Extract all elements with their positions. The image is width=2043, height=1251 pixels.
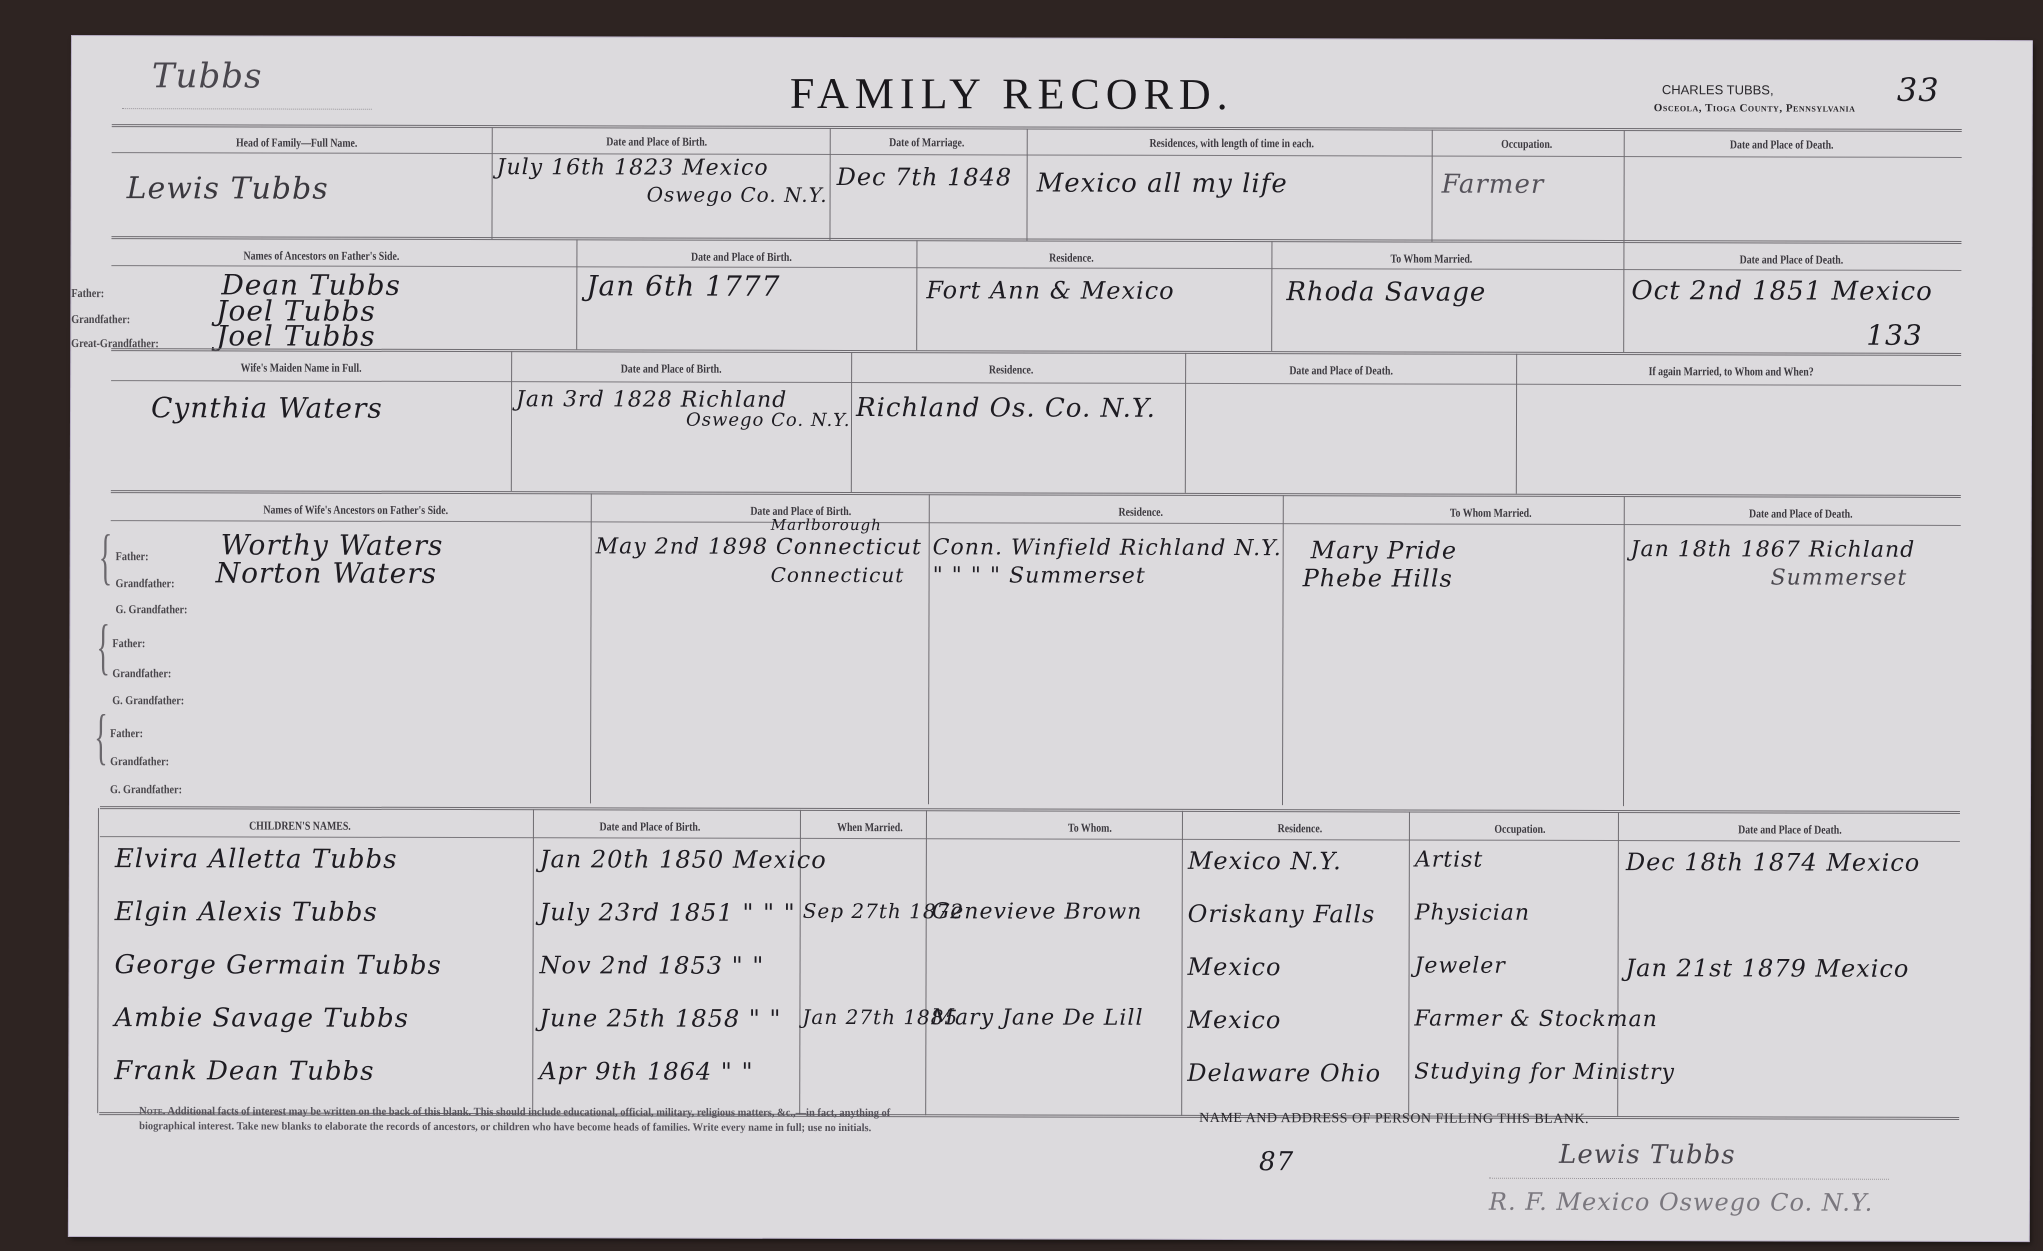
col-header: Date and Place of Birth. [560, 819, 740, 834]
surname-handwritten: Tubbs [152, 56, 263, 96]
col-header: To Whom Married. [1308, 251, 1554, 267]
child-residence: Delaware Ohio [1187, 1059, 1381, 1088]
child-residence: Mexico N.Y. [1188, 847, 1342, 875]
filler-address: R. F. Mexico Oswego Co. N.Y. [1489, 1188, 1873, 1217]
wife-ancestor-residence-line2: " " " " Summerset [933, 563, 1146, 589]
child-birth: Apr 9th 1864 " " [539, 1057, 753, 1086]
label-g-grandfather: G. Grandfather: [112, 693, 184, 708]
label-g-grandfather: G. Grandfather: [110, 782, 182, 797]
col-header: CHILDREN'S NAMES. [185, 818, 415, 834]
col-header: Residence. [1018, 504, 1264, 520]
col-header: Wife's Maiden Name in Full. [178, 360, 424, 376]
rule [111, 490, 1961, 498]
head-name: Lewis Tubbs [127, 171, 329, 207]
table-row: Ambie Savage TubbsJune 25th 1858 " "Jan … [72, 36, 2032, 41]
child-occupation: Physician [1415, 901, 1530, 926]
record-number-top: 33 [1897, 71, 1940, 109]
wife-ancestor-birth-line2: Connecticut [771, 563, 905, 587]
wife-ancestor-death-line2: Summerset [1771, 565, 1908, 590]
wife-name: Cynthia Waters [151, 391, 383, 425]
col-header: Residences, with length of time in each. [1068, 136, 1396, 152]
note-label: Note. [139, 1105, 165, 1117]
label-grandfather: Grandfather: [110, 754, 169, 769]
ancestor-birth: Jan 6th 1777 [586, 269, 780, 303]
wife-ancestor-grandfather-name: Norton Waters [216, 556, 437, 590]
child-name: Ambie Savage Tubbs [114, 1003, 409, 1034]
publisher-name: CHARLES TUBBS, [1662, 82, 1774, 97]
col-divider [928, 494, 930, 804]
col-divider [1431, 130, 1432, 242]
record-number-side: 133 [1866, 319, 1923, 352]
child-name: Elgin Alexis Tubbs [115, 897, 378, 928]
ancestor-married-to: Rhoda Savage [1286, 277, 1486, 308]
col-header: Occupation. [1449, 137, 1605, 152]
footer-note: Note. Additional facts of interest may b… [139, 1104, 947, 1136]
label-grandfather: Grandfather: [71, 312, 130, 327]
ancestor-death: Oct 2nd 1851 Mexico [1631, 276, 1932, 307]
col-divider [1185, 353, 1186, 493]
col-header: Date and Place of Death. [1660, 252, 1922, 268]
col-divider [1282, 495, 1284, 805]
wife-ancestor-residence-line1: Conn. Winfield Richland N.Y. [933, 535, 1282, 561]
label-father: Father: [116, 549, 149, 564]
document-title: FAMILY RECORD. [790, 68, 1234, 120]
col-header: Date and Place of Death. [1651, 137, 1913, 153]
col-header: Date and Place of Death. [1667, 822, 1913, 838]
family-record-sheet: Tubbs FAMILY RECORD. CHARLES TUBBS, Osce… [69, 36, 2032, 1241]
col-header: Residence. [888, 362, 1134, 378]
filler-header: NAME AND ADDRESS OF PERSON FILLING THIS … [1199, 1111, 1589, 1128]
label-father: Father: [110, 726, 143, 741]
child-name: George Germain Tubbs [115, 950, 442, 981]
children-table: Elvira Alletta TubbsJan 20th 1850 Mexico… [72, 36, 2032, 41]
child-birth: Jan 20th 1850 Mexico [540, 845, 827, 874]
rule [111, 380, 1961, 386]
child-residence: Mexico [1188, 953, 1282, 981]
table-row: Frank Dean TubbsApr 9th 1864 " "Delaware… [72, 36, 2032, 41]
brace-icon: { [97, 616, 111, 678]
col-divider [1516, 354, 1517, 494]
table-row: George Germain TubbsNov 2nd 1853 " "Mexi… [72, 36, 2032, 41]
brace-icon: { [94, 706, 108, 768]
head-residence: Mexico all my life [1037, 169, 1288, 200]
signature-line [1489, 1178, 1889, 1180]
col-header: Occupation. [1446, 822, 1594, 837]
note-text: Additional facts of interest may be writ… [139, 1105, 890, 1134]
col-divider [1026, 128, 1027, 240]
col-header: Names of Ancestors on Father's Side. [198, 248, 444, 264]
child-occupation: Jeweler [1415, 954, 1506, 979]
child-spouse: Mary Jane De Lill [931, 1005, 1143, 1031]
label-g-grandfather: G. Grandfather: [115, 602, 187, 617]
col-divider [576, 239, 577, 349]
child-death: Jan 21st 1879 Mexico [1626, 954, 1910, 983]
label-grandfather: Grandfather: [112, 666, 171, 681]
col-header: Head of Family—Full Name. [161, 135, 432, 151]
child-occupation: Farmer & Stockman [1414, 1007, 1657, 1033]
col-divider [97, 808, 99, 1113]
col-divider [916, 240, 917, 350]
child-occupation: Artist [1415, 848, 1483, 873]
col-header: Date of Marriage. [849, 135, 1005, 150]
wife-ancestor-death-line1: Jan 18th 1867 Richland [1631, 537, 1916, 563]
child-residence: Oriskany Falls [1188, 900, 1376, 928]
wife-ancestor-married-line1: Mary Pride [1311, 536, 1457, 564]
col-divider [511, 351, 512, 491]
col-divider [1623, 242, 1624, 352]
publisher-address: Osceola, Tioga County, Pennsylvania [1654, 102, 1856, 115]
col-header: If again Married, to Whom and When? [1575, 364, 1887, 380]
head-marriage-date: Dec 7th 1848 [837, 163, 1013, 191]
child-birth: Nov 2nd 1853 " " [540, 951, 765, 980]
child-death: Dec 18th 1874 Mexico [1626, 848, 1920, 877]
col-header: Date and Place of Birth. [548, 361, 794, 377]
surname-line [122, 108, 372, 110]
child-occupation: Studying for Ministry [1414, 1060, 1675, 1086]
label-father: Father: [112, 636, 145, 651]
head-birth-line2: Oswego Co. N.Y. [647, 183, 828, 207]
col-divider [1408, 812, 1410, 1117]
wife-birth-line2: Oswego Co. N.Y. [686, 410, 851, 431]
child-spouse: Genevieve Brown [932, 899, 1143, 925]
rule [111, 348, 1961, 356]
brace-icon: { [99, 526, 113, 588]
table-row: Elvira Alletta TubbsJan 20th 1850 Mexico… [72, 36, 2032, 41]
page-mark: 87 [1259, 1147, 1294, 1177]
label-grandfather: Grandfather: [116, 576, 175, 591]
col-divider [851, 352, 852, 492]
col-divider [1623, 496, 1625, 806]
wife-ancestor-birth-note: Marlborough [771, 516, 882, 534]
col-header: To Whom Married. [1368, 505, 1614, 521]
col-divider [925, 810, 927, 1115]
ancestor-residence: Fort Ann & Mexico [926, 276, 1174, 305]
child-name: Frank Dean Tubbs [114, 1056, 374, 1087]
rule [112, 124, 1962, 132]
col-header: Names of Wife's Ancestors on Father's Si… [220, 502, 491, 518]
rule [112, 152, 1962, 158]
wife-ancestor-birth-line1: May 2nd 1898 Connecticut [596, 534, 922, 560]
col-divider [829, 128, 830, 240]
col-header: To Whom. [1008, 820, 1172, 835]
wife-ancestor-married-line2: Phebe Hills [1303, 564, 1453, 592]
wife-residence: Richland Os. Co. N.Y. [856, 393, 1156, 424]
label-father: Father: [71, 286, 104, 301]
col-header: Date and Place of Birth. [521, 134, 792, 150]
child-birth: July 23rd 1851 " " " [540, 898, 796, 927]
head-occupation: Farmer [1442, 170, 1545, 200]
rule [100, 806, 1960, 814]
child-name: Elvira Alletta Tubbs [115, 844, 398, 875]
col-header: Date and Place of Death. [1218, 363, 1464, 379]
rule [111, 236, 1961, 244]
col-header: Residence. [948, 250, 1194, 266]
col-header: Date and Place of Death. [1678, 506, 1924, 522]
col-divider [590, 493, 592, 803]
col-header: Residence. [1218, 821, 1382, 836]
col-header: When Married. [817, 820, 924, 835]
col-divider [491, 127, 492, 239]
table-row: Elgin Alexis TubbsJuly 23rd 1851 " " "Se… [72, 36, 2032, 41]
col-header: Date and Place of Birth. [618, 249, 864, 265]
col-divider [532, 809, 534, 1114]
filler-name: Lewis Tubbs [1559, 1140, 1736, 1170]
child-birth: June 25th 1858 " " [539, 1004, 781, 1033]
col-divider [1271, 241, 1272, 351]
col-divider [1181, 811, 1183, 1116]
child-residence: Mexico [1187, 1006, 1281, 1034]
col-divider [1623, 130, 1624, 242]
head-birth-line1: July 16th 1823 Mexico [497, 155, 769, 181]
